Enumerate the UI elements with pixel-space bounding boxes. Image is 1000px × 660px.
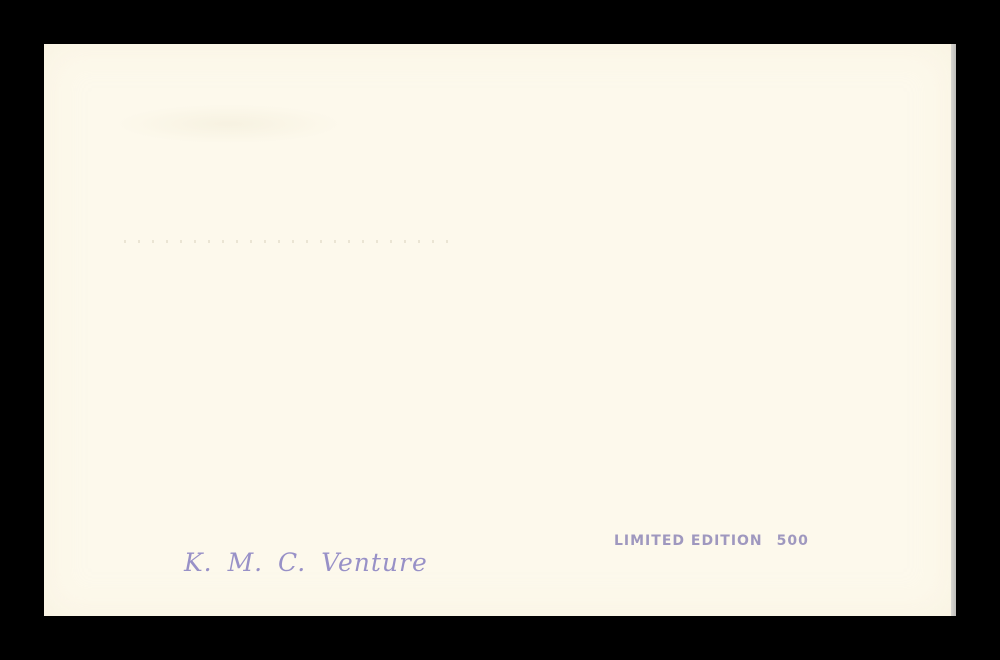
faded-print-mark xyxy=(114,104,344,144)
postcard-back: K. M. C. Venture LIMITED EDITION500 xyxy=(44,44,951,616)
stamp-label: LIMITED EDITION xyxy=(614,533,763,549)
limited-edition-stamp: LIMITED EDITION500 xyxy=(614,533,809,549)
stamp-number: 500 xyxy=(777,533,809,549)
faded-dotted-line xyxy=(124,240,454,243)
publisher-signature: K. M. C. Venture xyxy=(184,548,428,577)
card-edge-shadow xyxy=(951,44,956,616)
